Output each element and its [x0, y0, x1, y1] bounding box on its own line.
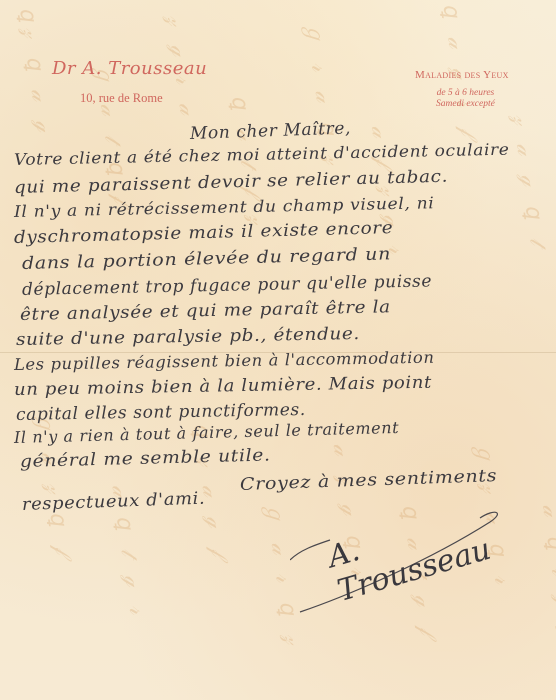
letter-line: Il n'y a ni rétrécissement du champ visu… — [14, 193, 435, 221]
letter-page: ꝗ𝓏 ꝗ 𝒶 ℊ ℊ 𝒶 𝓉 ꝗ 𝒻 𝒶 𝓏 ℊ 𝓇 𝒶 ꝗ 𝒶 𝓉 𝒻 𝓏 ℊ… — [0, 0, 556, 700]
letter-line: un peu moins bien à la lumière. Mais poi… — [14, 373, 432, 400]
letter-line: dyschromatopsie mais il existe encore — [14, 218, 394, 248]
signature: A. Trousseau — [290, 500, 520, 620]
letterhead-specialty: Maladies des Yeux — [415, 69, 509, 81]
letterhead-doctor-name: Dr A. Trousseau — [52, 58, 207, 79]
letter-closing-line2: respectueux d'ami. — [22, 489, 206, 515]
letter-salutation: Mon cher Maître, — [190, 118, 352, 144]
letter-line: général me semble utile. — [20, 445, 271, 472]
letter-line: suite d'une paralysie pb., étendue. — [16, 324, 360, 350]
letter-line: déplacement trop fugace pour qu'elle pui… — [22, 271, 432, 300]
letterhead-hours: de 5 à 6 heures Samedi excepté — [436, 88, 495, 110]
letterhead-hours-line2: Samedi excepté — [436, 99, 495, 110]
letter-line: être analysée et qui me paraît être la — [20, 297, 391, 325]
letter-closing-line1: Croyez à mes sentiments — [240, 466, 498, 495]
letterhead-address: 10, rue de Rome — [80, 91, 163, 106]
letterhead-hours-line1: de 5 à 6 heures — [436, 88, 495, 99]
letter-line: Votre client a été chez moi atteint d'ac… — [14, 140, 510, 169]
letter-line: dans la portion élevée du regard un — [22, 244, 392, 274]
